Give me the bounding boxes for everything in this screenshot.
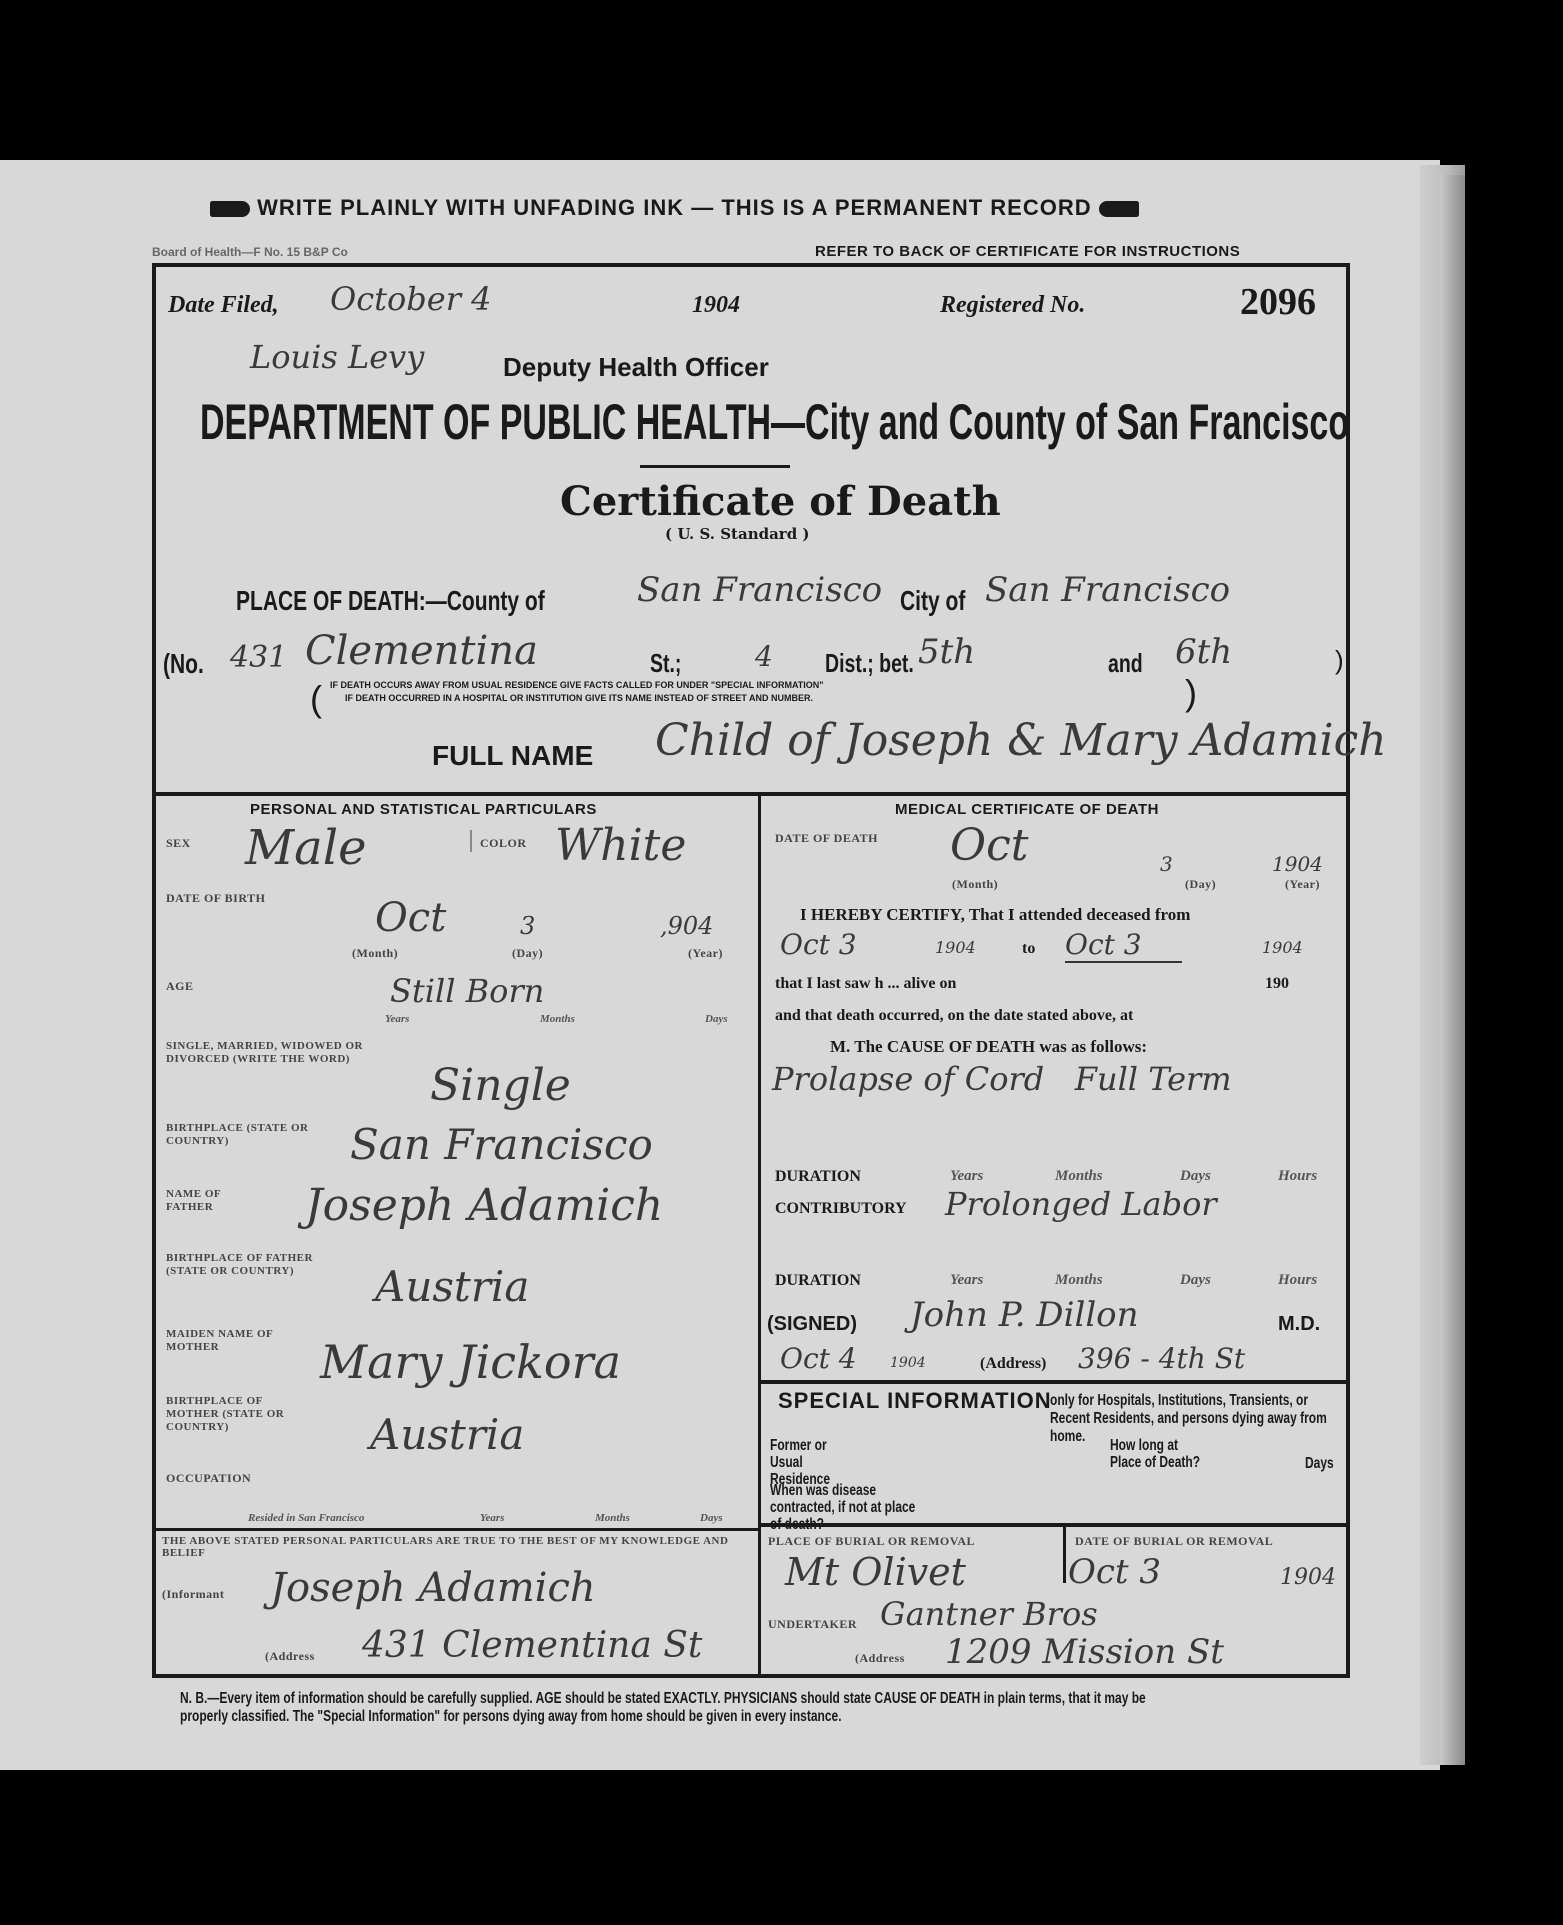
attended-from-year: 1904: [935, 938, 976, 957]
to-label: to: [1022, 940, 1035, 958]
duration-days-2: Days: [1180, 1272, 1211, 1289]
duration-label: DURATION: [775, 1168, 861, 1186]
contributory-cause: Prolonged Labor: [945, 1185, 1217, 1223]
undertaker-label: UNDERTAKER: [768, 1618, 857, 1631]
duration-months: Months: [1055, 1168, 1103, 1185]
and-label: and: [1108, 648, 1143, 679]
attended-to-date: Oct 3: [1065, 928, 1182, 963]
dod-month-label: (Month): [952, 878, 998, 891]
informant-label: (Informant: [162, 1588, 224, 1601]
hospital-note: IF DEATH OCCURRED IN A HOSPITAL OR INSTI…: [345, 693, 813, 703]
between-street-2: 6th: [1175, 632, 1232, 672]
physician-address-label: (Address): [980, 1355, 1046, 1373]
signed-year: 1904: [890, 1355, 926, 1371]
burial-date-label: DATE of BURIAL or REMOVAL: [1075, 1535, 1273, 1548]
registered-label: Registered No.: [940, 292, 1085, 319]
dod-day: 3: [1160, 852, 1173, 876]
father-name-label: NAME OF FATHER: [166, 1188, 266, 1214]
mother-name-label: MAIDEN NAME OF MOTHER: [166, 1328, 276, 1354]
death-city: San Francisco: [985, 570, 1230, 610]
mother-name: Mary Jickora: [320, 1335, 621, 1389]
cause-label: M. The CAUSE OF DEATH was as follows:: [830, 1037, 1147, 1057]
physician-address: 396 - 4th St: [1078, 1342, 1245, 1375]
contributory-label: CONTRIBUTORY: [775, 1200, 907, 1218]
dob-month: Oct: [375, 895, 446, 941]
burial-place-label: PLACE OF BURIAL OR REMOVAL: [768, 1535, 975, 1548]
burial-date: Oct 3: [1068, 1552, 1161, 1592]
street-label: St.;: [650, 648, 681, 679]
burial-place: Mt Olivet: [785, 1550, 966, 1594]
resided-months: Months: [595, 1512, 630, 1524]
dod-year: 1904: [1272, 852, 1323, 876]
special-info-title: SPECIAL INFORMATION: [778, 1388, 1052, 1414]
medical-section-title: MEDICAL CERTIFICATE OF DEATH: [895, 801, 1159, 818]
date-filed-label: Date Filed,: [168, 292, 279, 319]
refer-instructions: REFER TO BACK OF CERTIFICATE FOR INSTRUC…: [815, 243, 1240, 260]
marital-label: SINGLE, MARRIED, WIDOWED OR DIVORCED (Wr…: [166, 1040, 396, 1066]
birthplace-label: BIRTHPLACE (State or Country): [166, 1122, 316, 1148]
resided-label: Resided in San Francisco: [248, 1512, 364, 1524]
personal-section-title: PERSONAL AND STATISTICAL PARTICULARS: [250, 801, 597, 818]
cause-of-death: Prolapse of Cord Full Term: [772, 1060, 1232, 1098]
age-years-label: Years: [385, 1013, 409, 1025]
md-label: M.D.: [1278, 1313, 1320, 1336]
duration-months-2: Months: [1055, 1272, 1103, 1289]
date-filed-value: October 4: [330, 280, 492, 318]
resided-days: Days: [700, 1512, 723, 1524]
city-label: City of: [900, 585, 965, 617]
filed-year: 1904: [692, 292, 740, 319]
number-label: (No.: [163, 648, 204, 680]
attended-from-date: Oct 3: [780, 928, 857, 961]
open-paren: (: [310, 678, 322, 720]
certificate-title: Certificate of Death: [560, 478, 1001, 525]
physician-signature: John P. Dillon: [910, 1295, 1139, 1335]
banner-text: WRITE PLAINLY WITH UNFADING INK — THIS I…: [257, 195, 1092, 220]
page-edge-shadow: [1440, 175, 1465, 1765]
marital-value: Single: [430, 1060, 571, 1111]
certify-text: I HEREBY CERTIFY, That I attended deceas…: [800, 905, 1190, 925]
divider: [470, 830, 472, 852]
form-id: Board of Health—F No. 15 B&P Co: [152, 245, 348, 259]
duration-hours: Hours: [1278, 1168, 1317, 1185]
age-months-label: Months: [540, 1013, 575, 1025]
officer-signature: Louis Levy: [250, 338, 424, 376]
dod-year-label: (Year): [1285, 878, 1320, 891]
department-title: DEPARTMENT OF PUBLIC HEALTH—City and Cou…: [200, 393, 1349, 451]
how-long-label: How long at Place of Death?: [1110, 1437, 1208, 1471]
last-saw-year: 190: [1265, 975, 1289, 993]
month-label: (Month): [352, 947, 398, 960]
column-divider: [758, 794, 761, 1674]
dob-day: 3: [520, 912, 535, 940]
pointing-hand-icon: [210, 201, 250, 217]
close-paren-note: ): [1185, 672, 1197, 714]
district-label: Dist.; bet.: [825, 648, 914, 679]
dod-label: DATE OF DEATH: [775, 832, 878, 845]
duration-label-2: DURATION: [775, 1272, 861, 1290]
duration-years: Years: [950, 1168, 983, 1185]
undertaker-address: 1209 Mission St: [945, 1632, 1224, 1672]
us-standard: ( U. S. Standard ): [665, 525, 810, 543]
undertaker-name: Gantner Bros: [880, 1595, 1098, 1633]
signed-label: (SIGNED): [767, 1313, 857, 1336]
father-birthplace-label: BIRTHPLACE OF FATHER (State or Country): [166, 1252, 316, 1278]
dod-month: Oct: [950, 820, 1028, 871]
between-street-1: 5th: [918, 632, 975, 672]
mother-birthplace-label: BIRTHPLACE OF MOTHER (State or Country): [166, 1395, 316, 1434]
registered-number: 2096: [1240, 280, 1316, 324]
father-name: Joseph Adamich: [305, 1180, 663, 1231]
last-saw-text: that I last saw h ... alive on: [775, 975, 956, 993]
district-number: 4: [755, 640, 773, 673]
footer-note: N. B.—Every item of information should b…: [180, 1690, 1193, 1726]
birthplace-value: San Francisco: [350, 1120, 653, 1169]
father-birthplace: Austria: [375, 1262, 529, 1311]
informant-address-label: (Address: [265, 1650, 315, 1663]
sex-label: SEX: [166, 837, 191, 850]
how-long-days-label: Days: [1305, 1455, 1334, 1473]
street-number: 431: [230, 640, 287, 675]
dob-year: ,904: [660, 912, 713, 940]
occupation-label: OCCUPATION: [166, 1472, 251, 1485]
attended-to-year: 1904: [1262, 938, 1303, 957]
close-paren: ): [1335, 645, 1344, 676]
death-county: San Francisco: [637, 570, 882, 610]
divider: [760, 1523, 1348, 1527]
age-value: Still Born: [390, 972, 544, 1010]
banner: WRITE PLAINLY WITH UNFADING INK — THIS I…: [210, 195, 1139, 221]
duration-years-2: Years: [950, 1272, 983, 1289]
place-of-death-label: PLACE OF DEATH:—County of: [236, 585, 545, 617]
mother-birthplace: Austria: [370, 1410, 524, 1459]
full-name-label: FULL NAME: [432, 740, 593, 772]
sex-value: Male: [245, 820, 367, 876]
resided-years: Years: [480, 1512, 504, 1524]
duration-days: Days: [1180, 1168, 1211, 1185]
color-value: White: [555, 820, 686, 871]
age-label: AGE: [166, 980, 194, 993]
undertaker-address-label: (Address: [855, 1652, 905, 1665]
officer-title: Deputy Health Officer: [503, 352, 769, 383]
informant-name: Joseph Adamich: [270, 1565, 596, 1611]
divider: [760, 1380, 1348, 1384]
year-label: (Year): [688, 947, 723, 960]
attestation: THE ABOVE STATED PERSONAL PARTICULARS AR…: [162, 1535, 752, 1559]
color-label: COLOR: [480, 837, 527, 850]
former-residence-label: Former or Usual Residence: [770, 1437, 860, 1488]
divider: [640, 465, 790, 468]
death-occurred-text: and that death occurred, on the date sta…: [775, 1007, 1133, 1025]
pointing-hand-icon: [1099, 201, 1139, 217]
dob-label: DATE OF BIRTH: [166, 892, 265, 905]
residence-note: IF DEATH OCCURS AWAY FROM USUAL RESIDENC…: [330, 680, 824, 690]
burial-divider: [1063, 1525, 1066, 1583]
street-name: Clementina: [305, 628, 538, 674]
informant-address: 431 Clementina St: [362, 1625, 702, 1666]
age-days-label: Days: [705, 1013, 728, 1025]
burial-year: 1904: [1280, 1565, 1336, 1590]
signed-date: Oct 4: [780, 1342, 857, 1375]
full-name: Child of Joseph & Mary Adamich: [655, 715, 1387, 766]
divider: [155, 1528, 758, 1531]
day-label: (Day): [512, 947, 543, 960]
duration-hours-2: Hours: [1278, 1272, 1317, 1289]
dod-day-label: (Day): [1185, 878, 1216, 891]
divider: [152, 792, 1350, 796]
